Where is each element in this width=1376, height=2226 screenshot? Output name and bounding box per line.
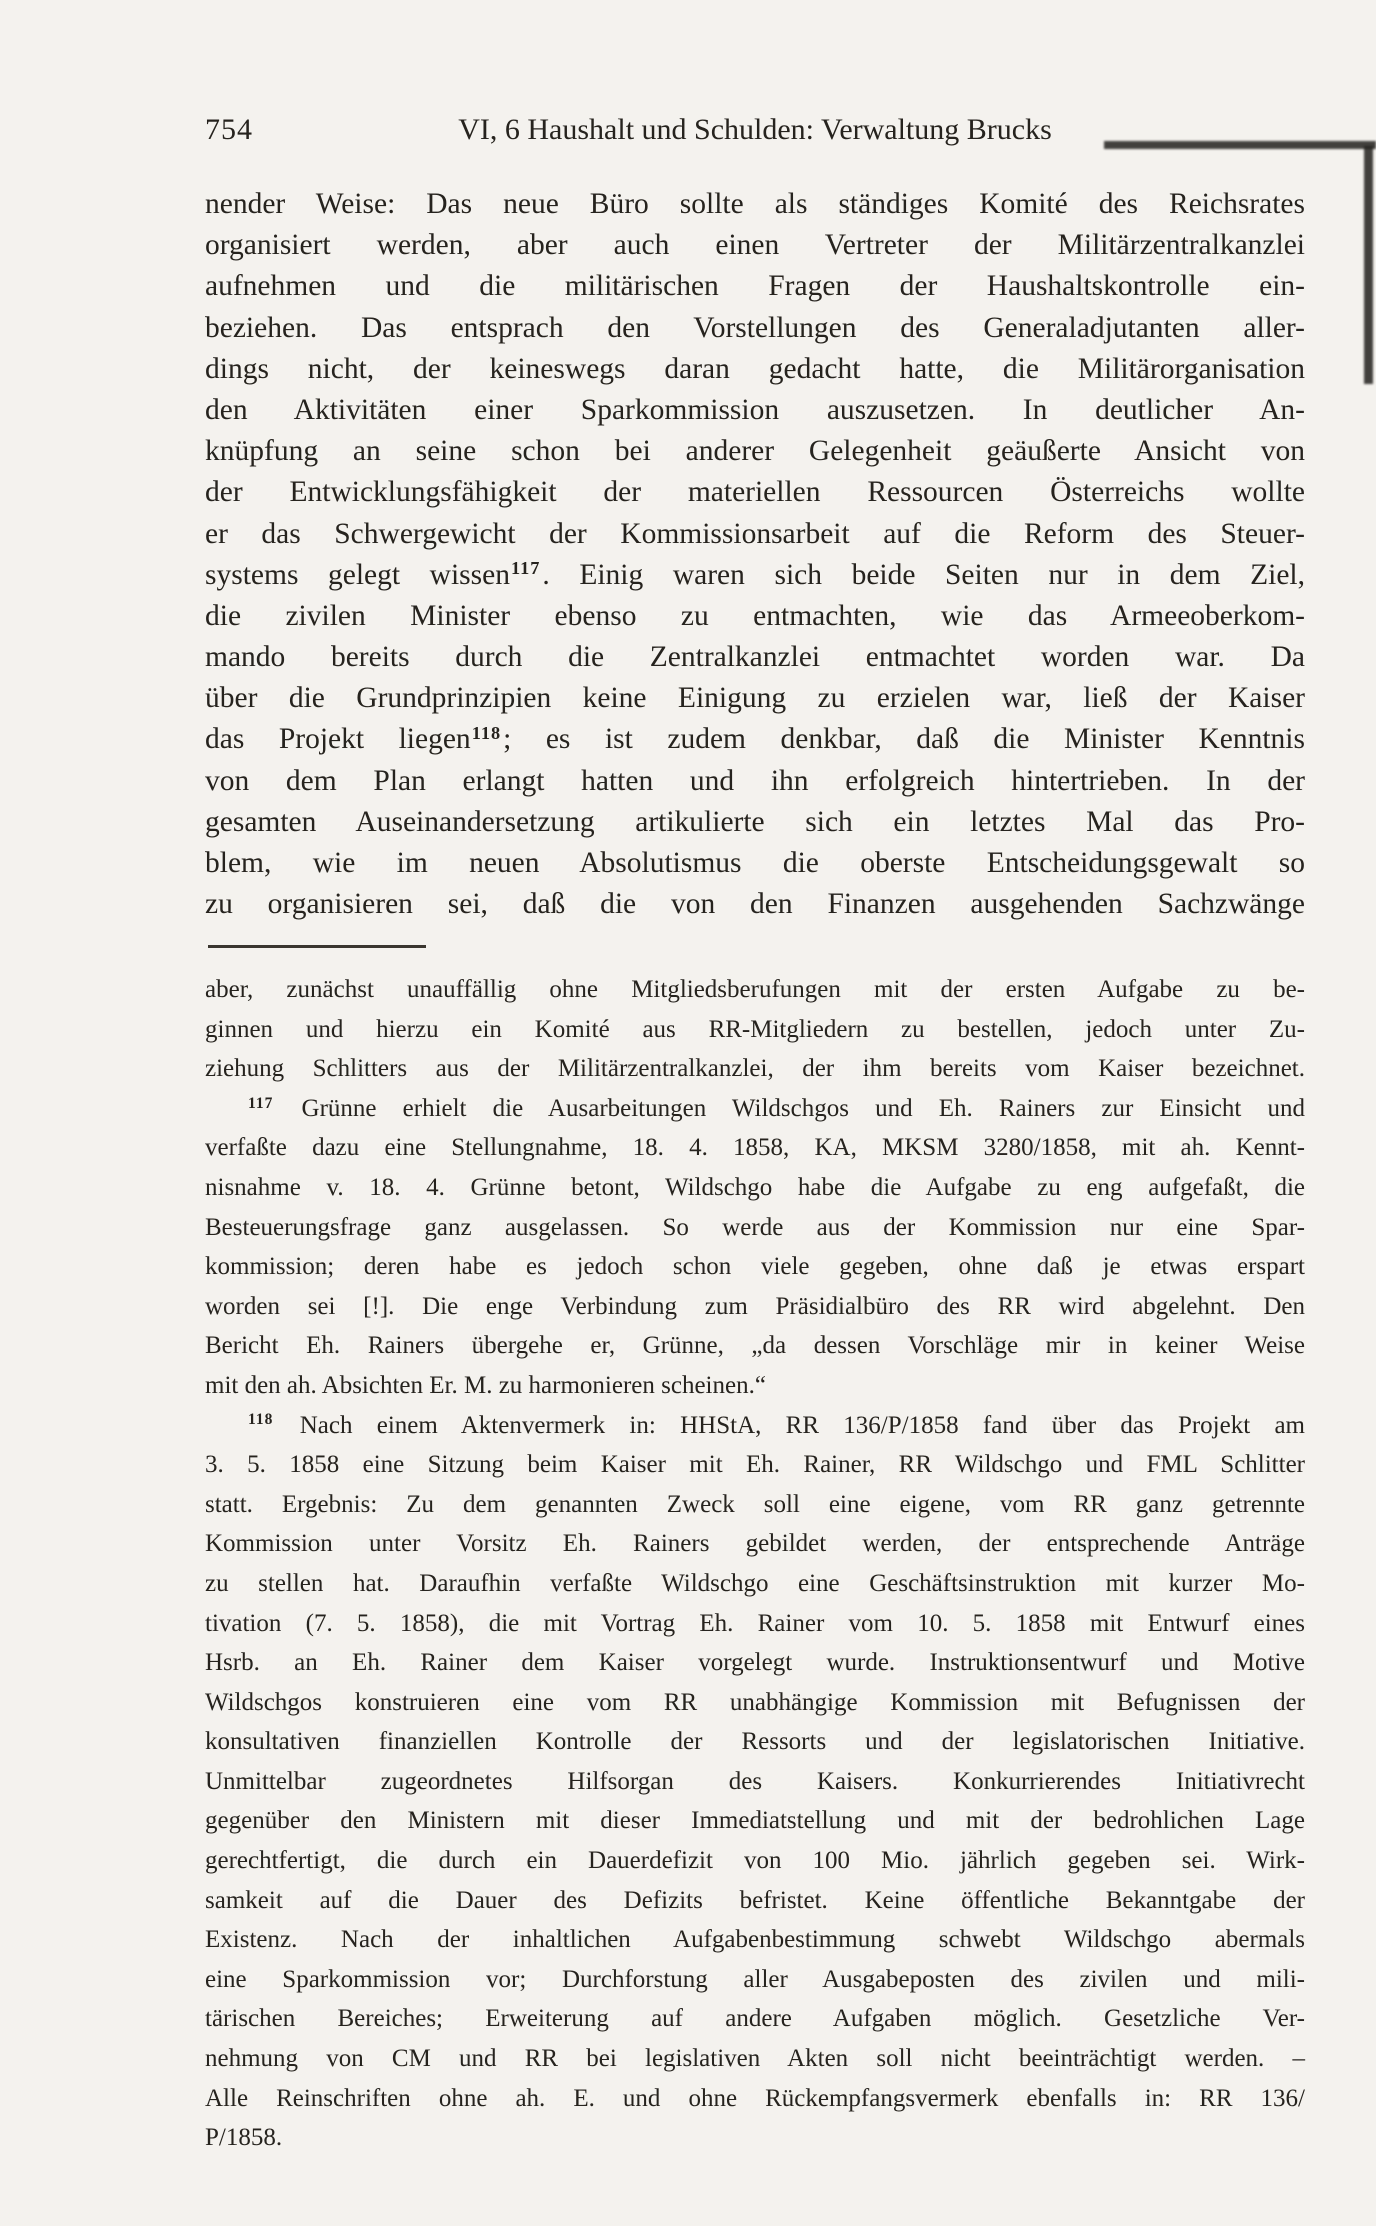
text-line: das Projekt liegen118; es ist zudem denk… bbox=[205, 719, 1305, 760]
book-page: 754 VI, 6 Haushalt und Schulden: Verwalt… bbox=[0, 0, 1376, 2226]
footnote-line: 117 Grünne erhielt die Ausarbeitungen Wi… bbox=[205, 1089, 1305, 1129]
text-line: zu organisieren sei, daß die von den Fin… bbox=[205, 884, 1305, 925]
footnote-line: Bericht Eh. Rainers übergehe er, Grünne,… bbox=[205, 1326, 1305, 1366]
footnote-line: samkeit auf die Dauer des Defizits befri… bbox=[205, 1881, 1305, 1921]
footnote-line: Existenz. Nach der inhaltlichen Aufgaben… bbox=[205, 1920, 1305, 1960]
scan-edge-artifact-horizontal bbox=[1104, 141, 1376, 149]
text-line: beziehen. Das entsprach den Vorstellunge… bbox=[205, 308, 1305, 349]
scan-edge-artifact-vertical bbox=[1364, 146, 1373, 384]
footnote-line: Wildschgos konstruieren eine vom RR unab… bbox=[205, 1683, 1305, 1723]
footnote-line: verfaßte dazu eine Stellungnahme, 18. 4.… bbox=[205, 1128, 1305, 1168]
text-line: blem, wie im neuen Absolutismus die ober… bbox=[205, 843, 1305, 884]
text-line: mando bereits durch die Zentralkanzlei e… bbox=[205, 637, 1305, 678]
footnote-line: Hsrb. an Eh. Rainer dem Kaiser vorgelegt… bbox=[205, 1643, 1305, 1683]
text-line: aufnehmen und die militärischen Fragen d… bbox=[205, 266, 1305, 307]
text-line: der Entwicklungsfähigkeit der materielle… bbox=[205, 472, 1305, 513]
footnote-line: statt. Ergebnis: Zu dem genannten Zweck … bbox=[205, 1485, 1305, 1525]
text-line: nender Weise: Das neue Büro sollte als s… bbox=[205, 184, 1305, 225]
footnote-line: gegenüber den Ministern mit dieser Immed… bbox=[205, 1801, 1305, 1841]
text-line: organisiert werden, aber auch einen Vert… bbox=[205, 225, 1305, 266]
text-line: gesamten Auseinandersetzung artikulierte… bbox=[205, 802, 1305, 843]
footnote-line: 118 Nach einem Aktenvermerk in: HHStA, R… bbox=[205, 1406, 1305, 1446]
footnote-line: gerechtfertigt, die durch ein Dauerdefiz… bbox=[205, 1841, 1305, 1881]
text-line: die zivilen Minister ebenso zu entmachte… bbox=[205, 596, 1305, 637]
text-line: über die Grundprinzipien keine Einigung … bbox=[205, 678, 1305, 719]
footnote-line: eine Sparkommission vor; Durchforstung a… bbox=[205, 1960, 1305, 2000]
footnote-line: 3. 5. 1858 eine Sitzung beim Kaiser mit … bbox=[205, 1445, 1305, 1485]
text-line: dings nicht, der keineswegs daran gedach… bbox=[205, 349, 1305, 390]
text-line: knüpfung an seine schon bei anderer Gele… bbox=[205, 431, 1305, 472]
footnote-line: Besteuerungsfrage ganz ausgelassen. So w… bbox=[205, 1208, 1305, 1248]
footnote-line: konsultativen finanziellen Kontrolle der… bbox=[205, 1722, 1305, 1762]
footnote-line: tärischen Bereiches; Erweiterung auf and… bbox=[205, 1999, 1305, 2039]
footnote-marker: 117 bbox=[511, 558, 540, 578]
footnote-line: P/1858. bbox=[205, 2118, 1305, 2158]
footnote-line: zu stellen hat. Daraufhin verfaßte Wilds… bbox=[205, 1564, 1305, 1604]
footnote-line: ginnen und hierzu ein Komité aus RR-Mitg… bbox=[205, 1010, 1305, 1050]
text-line: von dem Plan erlangt hatten und ihn erfo… bbox=[205, 761, 1305, 802]
text-line: systems gelegt wissen117. Einig waren si… bbox=[205, 555, 1305, 596]
footnote-line: kommission; deren habe es jedoch schon v… bbox=[205, 1247, 1305, 1287]
footnote-marker: 118 bbox=[472, 723, 501, 743]
footnote-line: worden sei [!]. Die enge Verbindung zum … bbox=[205, 1287, 1305, 1327]
text-line: er das Schwergewicht der Kommissionsarbe… bbox=[205, 514, 1305, 555]
footnotes-block: aber, zunächst unauffällig ohne Mitglied… bbox=[205, 970, 1305, 2158]
footnote-marker: 117 bbox=[248, 1095, 273, 1112]
page-number: 754 bbox=[205, 112, 253, 148]
footnote-line: mit den ah. Absichten Er. M. zu harmonie… bbox=[205, 1366, 1305, 1406]
footnote-marker: 118 bbox=[248, 1411, 273, 1428]
footnote-line: Unmittelbar zugeordnetes Hilfsorgan des … bbox=[205, 1762, 1305, 1802]
footnote-line: nehmung von CM und RR bei legislativen A… bbox=[205, 2039, 1305, 2079]
main-text-block: nender Weise: Das neue Büro sollte als s… bbox=[205, 184, 1305, 925]
footnote-separator-rule bbox=[208, 945, 426, 948]
footnote-line: nisnahme v. 18. 4. Grünne betont, Wildsc… bbox=[205, 1168, 1305, 1208]
footnote-line: tivation (7. 5. 1858), die mit Vortrag E… bbox=[205, 1604, 1305, 1644]
footnote-line: aber, zunächst unauffällig ohne Mitglied… bbox=[205, 970, 1305, 1010]
text-line: den Aktivitäten einer Sparkommission aus… bbox=[205, 390, 1305, 431]
footnote-line: Kommission unter Vorsitz Eh. Rainers geb… bbox=[205, 1524, 1305, 1564]
footnote-line: Alle Reinschriften ohne ah. E. und ohne … bbox=[205, 2079, 1305, 2119]
footnote-line: ziehung Schlitters aus der Militärzentra… bbox=[205, 1049, 1305, 1089]
